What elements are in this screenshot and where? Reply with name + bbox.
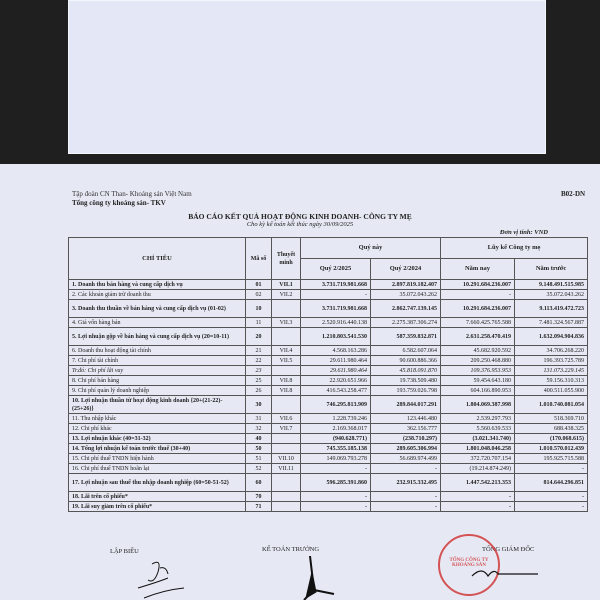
preparer-signature-icon	[130, 556, 190, 600]
value-q-prior: 2.862.747.139.145	[371, 300, 441, 318]
row-note	[272, 502, 301, 512]
header-q-current: Quý 2/2025	[301, 259, 371, 280]
header-quarter-group: Quý này	[301, 238, 441, 259]
row-note: VII.1	[272, 280, 301, 290]
row-code: 30	[246, 396, 272, 414]
row-note	[272, 444, 301, 454]
value-q-current: 2.520.916.440.138	[301, 318, 371, 328]
row-note: VII.8	[272, 376, 301, 386]
row-note: VII.7	[272, 424, 301, 434]
header-ytd-current: Năm nay	[441, 259, 515, 280]
value-q-prior: 289.605.306.994	[371, 444, 441, 454]
table-row: 9. Chi phí quản lý doanh nghiệp26VII.841…	[69, 386, 588, 396]
table-row: 13. Lợi nhuận khác (40=31-32)40(940.628.…	[69, 434, 588, 444]
row-note: VII.2	[272, 290, 301, 300]
row-code: 23	[246, 366, 272, 376]
table-row: 18. Lãi trên cổ phiếu*70----	[69, 492, 588, 502]
chief-accountant-label: KẾ TOÁN TRƯỞNG	[262, 546, 319, 553]
chief-accountant-signature-icon	[300, 556, 350, 600]
value-ytd-prior: 1.010.740.081.054	[515, 396, 588, 414]
table-row: 17. Lợi nhuận sau thuế thu nhập doanh ng…	[69, 474, 588, 492]
header-ytd-group: Lũy kế Công ty mẹ	[441, 238, 588, 259]
value-q-prior: 232.915.332.495	[371, 474, 441, 492]
value-ytd-current: (19.214.874.249)	[441, 464, 515, 474]
row-label: 19. Lãi suy giảm trên cổ phiếu*	[69, 502, 246, 512]
currency-unit: Đơn vị tính: VND	[500, 229, 548, 236]
table-row: 7. Chi phí tài chính22VII.529.611.980.46…	[69, 356, 588, 366]
table-row: 10. Lợi nhuận thuần từ hoạt động kinh do…	[69, 396, 588, 414]
row-note	[272, 366, 301, 376]
row-code: 50	[246, 444, 272, 454]
value-q-current: 3.731.719.981.668	[301, 280, 371, 290]
row-code: 26	[246, 386, 272, 396]
row-note	[272, 474, 301, 492]
table-row: 12. Chi phí khác32VII.72.169.368.017362.…	[69, 424, 588, 434]
value-q-current: -	[301, 492, 371, 502]
value-q-prior: 289.844.017.291	[371, 396, 441, 414]
table-row: 14. Tổng lợi nhuận kế toán trước thuế (3…	[69, 444, 588, 454]
value-ytd-prior: 131.073.229.145	[515, 366, 588, 376]
row-code: 71	[246, 502, 272, 512]
value-q-prior: -	[371, 492, 441, 502]
row-label: 12. Chi phí khác	[69, 424, 246, 434]
value-q-prior: 587.359.832.871	[371, 328, 441, 346]
header-code: Mã số	[246, 238, 272, 280]
table-row: 6. Doanh thu hoạt động tài chính21VII.44…	[69, 346, 588, 356]
group-name: Tập đoàn CN Than- Khoáng sản Việt Nam	[72, 190, 192, 198]
row-code: 70	[246, 492, 272, 502]
value-ytd-current: 2.631.258.470.419	[441, 328, 515, 346]
value-ytd-prior: 400.511.055.900	[515, 386, 588, 396]
table-row: 1. Doanh thu bán hàng và cung cấp dịch v…	[69, 280, 588, 290]
table-row: 3. Doanh thu thuần về bán hàng và cung c…	[69, 300, 588, 318]
table-row: 5. Lợi nhuận gộp về bán hàng và cung cấp…	[69, 328, 588, 346]
value-q-current: (940.628.771)	[301, 434, 371, 444]
row-label: 14. Tổng lợi nhuận kế toán trước thuế (3…	[69, 444, 246, 454]
document-page: Tập đoàn CN Than- Khoáng sản Việt Nam Tổ…	[0, 164, 600, 600]
value-ytd-prior: 1.010.570.012.439	[515, 444, 588, 454]
value-ytd-current: 1.804.069.387.998	[441, 396, 515, 414]
row-note: VII.8	[272, 386, 301, 396]
row-label: 8. Chi phí bán hàng	[69, 376, 246, 386]
value-ytd-current: 109.376.953.953	[441, 366, 515, 376]
row-label: 10. Lợi nhuận thuần từ hoạt động kinh do…	[69, 396, 246, 414]
value-q-current: -	[301, 290, 371, 300]
value-ytd-current: -	[441, 290, 515, 300]
header-item: CHỈ TIÊU	[69, 238, 246, 280]
value-q-current: 745.355.185.138	[301, 444, 371, 454]
row-label: 4. Giá vốn hàng bán	[69, 318, 246, 328]
row-code: 10	[246, 300, 272, 318]
value-ytd-current: 1.447.542.213.353	[441, 474, 515, 492]
row-note	[272, 328, 301, 346]
row-code: 31	[246, 414, 272, 424]
row-label: 11. Thu nhập khác	[69, 414, 246, 424]
value-q-current: 22.920.651.966	[301, 376, 371, 386]
table-row: 19. Lãi suy giảm trên cổ phiếu*71----	[69, 502, 588, 512]
value-q-prior: 362.156.777	[371, 424, 441, 434]
company-name: Tổng công ty khoáng sản- TKV	[72, 199, 166, 207]
value-ytd-current: 604.166.890.953	[441, 386, 515, 396]
row-code: 22	[246, 356, 272, 366]
row-label: 2. Các khoản giảm trừ doanh thu	[69, 290, 246, 300]
row-label: 16. Chi phí thuế TNDN hoãn lại	[69, 464, 246, 474]
table-row: 4. Giá vốn hàng bán11VII.32.520.916.440.…	[69, 318, 588, 328]
value-q-prior: 45.818.091.870	[371, 366, 441, 376]
header-q-prior: Quý 2/2024	[371, 259, 441, 280]
row-note	[272, 492, 301, 502]
value-ytd-current: 372.720.707.154	[441, 454, 515, 464]
value-ytd-current: 10.291.684.236.007	[441, 300, 515, 318]
row-note	[272, 300, 301, 318]
row-note: VII.5	[272, 356, 301, 366]
value-q-current: 596.285.391.860	[301, 474, 371, 492]
row-code: 25	[246, 376, 272, 386]
value-q-prior: 19.738.509.480	[371, 376, 441, 386]
value-q-prior: 35.072.043.262	[371, 290, 441, 300]
row-label: 3. Doanh thu thuần về bán hàng và cung c…	[69, 300, 246, 318]
row-label: 1. Doanh thu bán hàng và cung cấp dịch v…	[69, 280, 246, 290]
row-code: 60	[246, 474, 272, 492]
header-note: Thuyết minh	[272, 238, 301, 280]
value-ytd-prior: 814.644.296.851	[515, 474, 588, 492]
value-q-current: 746.295.813.909	[301, 396, 371, 414]
value-q-current: 1.228.739.246	[301, 414, 371, 424]
preparer-label: LẬP BIỂU	[110, 548, 139, 555]
row-code: 32	[246, 424, 272, 434]
value-ytd-prior: 59.156.310.313	[515, 376, 588, 386]
value-ytd-prior: 34.706.268.220	[515, 346, 588, 356]
value-q-prior: 56.689.974.499	[371, 454, 441, 464]
value-ytd-prior: 518.369.710	[515, 414, 588, 424]
value-ytd-prior: 9.113.419.472.723	[515, 300, 588, 318]
row-label: 15. Chi phí thuế TNDN hiện hành	[69, 454, 246, 464]
value-ytd-current: 59.454.643.180	[441, 376, 515, 386]
value-q-current: 149.069.793.278	[301, 454, 371, 464]
row-label: 13. Lợi nhuận khác (40=31-32)	[69, 434, 246, 444]
table-row: 11. Thu nhập khác31VII.61.228.739.246123…	[69, 414, 588, 424]
value-q-current: 29.611.980.464	[301, 366, 371, 376]
value-q-current: -	[301, 502, 371, 512]
value-ytd-current: 10.291.684.236.007	[441, 280, 515, 290]
report-subtitle: Cho kỳ kế toán kết thúc ngày 30/09/2025	[0, 221, 600, 228]
row-note: VII.4	[272, 346, 301, 356]
value-q-current: 3.731.719.981.668	[301, 300, 371, 318]
value-q-prior: -	[371, 464, 441, 474]
value-ytd-current: -	[441, 492, 515, 502]
value-ytd-prior: 688.438.325	[515, 424, 588, 434]
table-row: 8. Chi phí bán hàng25VII.822.920.651.966…	[69, 376, 588, 386]
row-code: 40	[246, 434, 272, 444]
value-ytd-current: 1.801.048.046.258	[441, 444, 515, 454]
value-q-current: 4.568.163.286	[301, 346, 371, 356]
value-q-current: 2.169.368.017	[301, 424, 371, 434]
value-q-prior: 193.759.026.798	[371, 386, 441, 396]
value-q-prior: 2.275.387.306.274	[371, 318, 441, 328]
row-note	[272, 434, 301, 444]
value-ytd-current: -	[441, 502, 515, 512]
value-ytd-current: 5.560.639.533	[441, 424, 515, 434]
value-q-prior: 123.446.480	[371, 414, 441, 424]
value-ytd-current: 7.660.425.765.588	[441, 318, 515, 328]
table-row: 16. Chi phí thuế TNDN hoãn lại52VII.11--…	[69, 464, 588, 474]
row-label: 6. Doanh thu hoạt động tài chính	[69, 346, 246, 356]
income-statement-table: CHỈ TIÊU Mã số Thuyết minh Quý này Lũy k…	[68, 237, 588, 512]
value-q-current: 29.611.980.464	[301, 356, 371, 366]
value-q-prior: 6.582.607.064	[371, 346, 441, 356]
value-ytd-prior: 35.072.043.262	[515, 290, 588, 300]
value-q-current: 416.543.258.477	[301, 386, 371, 396]
value-q-prior: -	[371, 502, 441, 512]
table-row: 15. Chi phí thuế TNDN hiện hành51VII.101…	[69, 454, 588, 464]
value-ytd-prior: -	[515, 492, 588, 502]
table-row: Tr.đó: Chi phí lãi vay2329.611.980.46445…	[69, 366, 588, 376]
row-code: 01	[246, 280, 272, 290]
row-code: 52	[246, 464, 272, 474]
previous-page-panel	[68, 0, 546, 154]
value-ytd-prior: 1.632.094.904.836	[515, 328, 588, 346]
row-label: 17. Lợi nhuận sau thuế thu nhập doanh ng…	[69, 474, 246, 492]
row-label: Tr.đó: Chi phí lãi vay	[69, 366, 246, 376]
value-q-current: 1.210.803.541.530	[301, 328, 371, 346]
row-code: 21	[246, 346, 272, 356]
value-ytd-prior: 9.148.491.515.985	[515, 280, 588, 290]
value-ytd-prior: 196.393.725.789	[515, 356, 588, 366]
report-title: BÁO CÁO KẾT QUẢ HOẠT ĐỘNG KINH DOANH- CÔ…	[0, 212, 600, 221]
row-note: VII.3	[272, 318, 301, 328]
row-code: 51	[246, 454, 272, 464]
value-q-prior: 90.600.886.366	[371, 356, 441, 366]
value-ytd-prior: (170.068.615)	[515, 434, 588, 444]
value-ytd-prior: 7.481.324.567.887	[515, 318, 588, 328]
row-label: 7. Chi phí tài chính	[69, 356, 246, 366]
value-ytd-prior: 195.925.715.588	[515, 454, 588, 464]
row-note	[272, 396, 301, 414]
value-q-prior: 2.897.819.182.407	[371, 280, 441, 290]
value-ytd-prior: -	[515, 502, 588, 512]
value-ytd-prior: -	[515, 464, 588, 474]
table-row: 2. Các khoản giảm trừ doanh thu02VII.2-3…	[69, 290, 588, 300]
row-label: 18. Lãi trên cổ phiếu*	[69, 492, 246, 502]
row-note: VII.11	[272, 464, 301, 474]
row-code: 20	[246, 328, 272, 346]
value-ytd-current: 209.250.468.880	[441, 356, 515, 366]
row-code: 02	[246, 290, 272, 300]
director-signature-icon	[470, 562, 540, 582]
value-ytd-current: 2.539.297.793	[441, 414, 515, 424]
value-ytd-current: 45.682.920.592	[441, 346, 515, 356]
row-note: VII.10	[272, 454, 301, 464]
row-note: VII.6	[272, 414, 301, 424]
value-q-current: -	[301, 464, 371, 474]
value-ytd-current: (3.021.341.740)	[441, 434, 515, 444]
row-label: 5. Lợi nhuận gộp về bán hàng và cung cấp…	[69, 328, 246, 346]
row-label: 9. Chi phí quản lý doanh nghiệp	[69, 386, 246, 396]
row-code: 11	[246, 318, 272, 328]
value-q-prior: (238.710.297)	[371, 434, 441, 444]
form-code: B02-DN	[561, 190, 585, 198]
header-ytd-prior: Năm trước	[515, 259, 588, 280]
